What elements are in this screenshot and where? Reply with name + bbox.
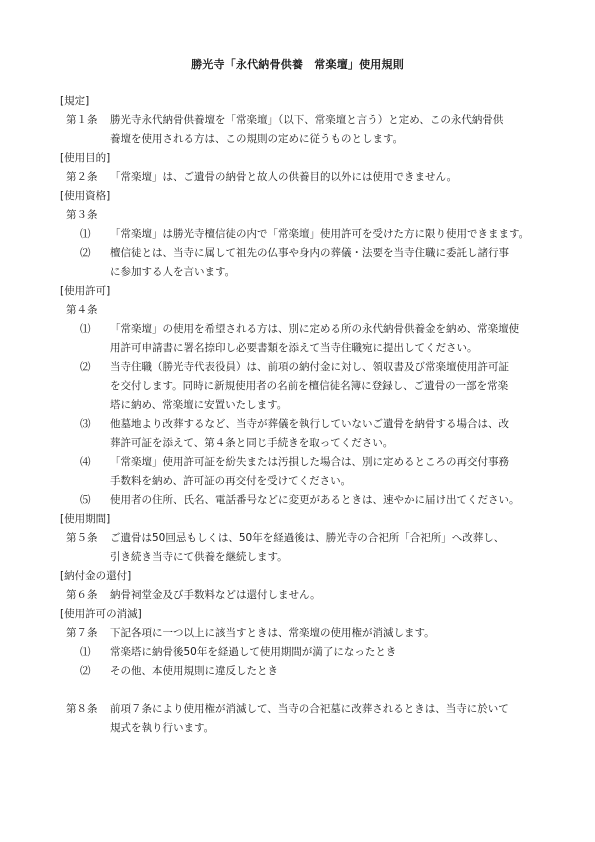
item-text: 他墓地より改葬するなど、当寺が葬儀を執行していないご遺骨を納骨する場合は、改 [110,415,509,434]
article-item: ⑴ 「常楽壇」の使用を希望される方は、別に定める所の永代納骨供養金を納め、常楽壇… [60,320,560,339]
article-label: 第３条 [66,206,98,225]
document-title: 勝光寺「永代納骨供養 常楽壇」使用規則 [0,56,595,72]
item-text: を交付します。同時に新規使用者の名前を檀信徒名簿に登録し、ご遺骨の一部を常楽 [110,377,508,396]
section-heading: [使用許可] [60,282,560,301]
article-text: ご遺骨は50回忌もしくは、50年を経過後は、勝光寺の合祀所「合祀所」へ改葬し、 [110,529,504,548]
item-text: 用許可申請書に署名捺印し必要書類を添えて当寺住職宛に提出してください。 [110,339,478,358]
item-number: ⑵ [80,244,91,263]
article-item: ⑴ 「常楽壇」は勝光寺檀信徒の内で「常楽壇」使用許可を受けた方に限り使用できまま… [60,225,560,244]
article-text: 前項７条により使用権が消滅して、当寺の合祀墓に改葬されるときは、当寺に於いて [110,700,509,719]
item-text: 「常楽壇」は勝光寺檀信徒の内で「常楽壇」使用許可を受けた方に限り使用できまます。 [110,225,529,244]
article-2: 第２条 「常楽壇」は、ご遺骨の納骨と故人の供養目的以外には使用できません。 [60,168,560,187]
item-number: ⑴ [80,225,91,244]
article-text: 「常楽壇」は、ご遺骨の納骨と故人の供養目的以外には使用できません。 [110,168,457,187]
article-label: 第７条 [66,624,98,643]
article-text: 養壇を使用される方は、この規則の定めに従うものとします。 [110,130,403,149]
article-label: 第４条 [66,301,98,320]
item-text: 「常楽壇」の使用を希望される方は、別に定める所の永代納骨供養金を納め、常楽壇使 [110,320,519,339]
item-text: 葬許可証を添えて、第４条と同じ手続きを取ってください。 [110,434,393,453]
item-text: 手数料を納め、許可証の再交付を受けてください。 [110,472,351,491]
article-5: 第５条 ご遺骨は50回忌もしくは、50年を経過後は、勝光寺の合祀所「合祀所」へ改… [60,529,560,548]
spacer [60,681,560,700]
item-number: ⑸ [80,491,91,510]
article-label: 第２条 [66,168,98,187]
section-heading: [使用許可の消滅] [60,605,560,624]
item-text: 常楽塔に納骨後50年を経過して使用期間が満了になったとき [110,643,396,662]
section-heading: [使用期間] [60,510,560,529]
item-number: ⑴ [80,643,91,662]
item-text: に参加する人を言います。 [110,263,235,282]
section-heading: [使用資格] [60,187,560,206]
article-item: ⑵ 檀信徒とは、当寺に属して祖先の仏事や身内の葬儀・法要を当寺住職に委託し諸行事 [60,244,560,263]
item-text: 塔に納め、常楽壇に安置いたします。 [110,396,287,415]
article-text: 規式を執り行います。 [110,719,214,738]
article-text: 引き続き当寺にて供養を継続します。 [110,548,288,567]
article-1: 第１条 勝光寺永代納骨供養壇を「常楽壇」（以下、常楽壇と言う）と定め、この永代納… [60,111,560,130]
item-text: 当寺住職（勝光寺代表役員）は、前項の納付金に対し、領収書及び常楽壇使用許可証 [110,358,509,377]
article-text: 納骨祠堂金及び手数料などは還付しません。 [110,586,321,605]
article-label: 第６条 [66,586,98,605]
article-item: ⑵ その他、本使用規則に違反したとき [60,662,560,681]
item-number: ⑶ [80,415,91,434]
article-item: ⑵ 当寺住職（勝光寺代表役員）は、前項の納付金に対し、領収書及び常楽壇使用許可証 [60,358,560,377]
item-number: ⑵ [80,358,91,377]
section-heading: [規定] [60,92,560,111]
article-8: 第８条 前項７条により使用権が消滅して、当寺の合祀墓に改葬されるときは、当寺に於… [60,700,560,719]
article-3: 第３条 [60,206,560,225]
article-text: 下記各項に一つ以上に該当すときは、常楽壇の使用権が消滅します。 [110,624,435,643]
article-item: ⑶ 他墓地より改葬するなど、当寺が葬儀を執行していないご遺骨を納骨する場合は、改 [60,415,560,434]
section-heading: [納付金の還付] [60,567,560,586]
article-7: 第７条 下記各項に一つ以上に該当すときは、常楽壇の使用権が消滅します。 [60,624,560,643]
item-number: ⑵ [80,662,91,681]
article-4: 第４条 [60,301,560,320]
item-text: 「常楽壇」使用許可証を紛失または汚損した場合は、別に定めるところの再交付事務 [110,453,509,472]
item-text: その他、本使用規則に違反したとき [110,662,278,681]
article-label: 第８条 [66,700,98,719]
article-text: 勝光寺永代納骨供養壇を「常楽壇」（以下、常楽壇と言う）と定め、この永代納骨供 [110,111,503,130]
item-number: ⑷ [80,453,91,472]
item-text: 使用者の住所、氏名、電話番号などに変更があるときは、速やかに届け出てください。 [110,491,520,510]
article-item: ⑸ 使用者の住所、氏名、電話番号などに変更があるときは、速やかに届け出てください… [60,491,560,510]
article-item: ⑴ 常楽塔に納骨後50年を経過して使用期間が満了になったとき [60,643,560,662]
article-6: 第６条 納骨祠堂金及び手数料などは還付しません。 [60,586,560,605]
item-text: 檀信徒とは、当寺に属して祖先の仏事や身内の葬儀・法要を当寺住職に委託し諸行事 [110,244,509,263]
item-number: ⑴ [80,320,91,339]
section-heading: [使用目的] [60,149,560,168]
article-item: ⑷ 「常楽壇」使用許可証を紛失または汚損した場合は、別に定めるところの再交付事務 [60,453,560,472]
article-label: 第１条 [66,111,98,130]
article-label: 第５条 [66,529,98,548]
rules-body: [規定] 第１条 勝光寺永代納骨供養壇を「常楽壇」（以下、常楽壇と言う）と定め、… [60,92,560,738]
